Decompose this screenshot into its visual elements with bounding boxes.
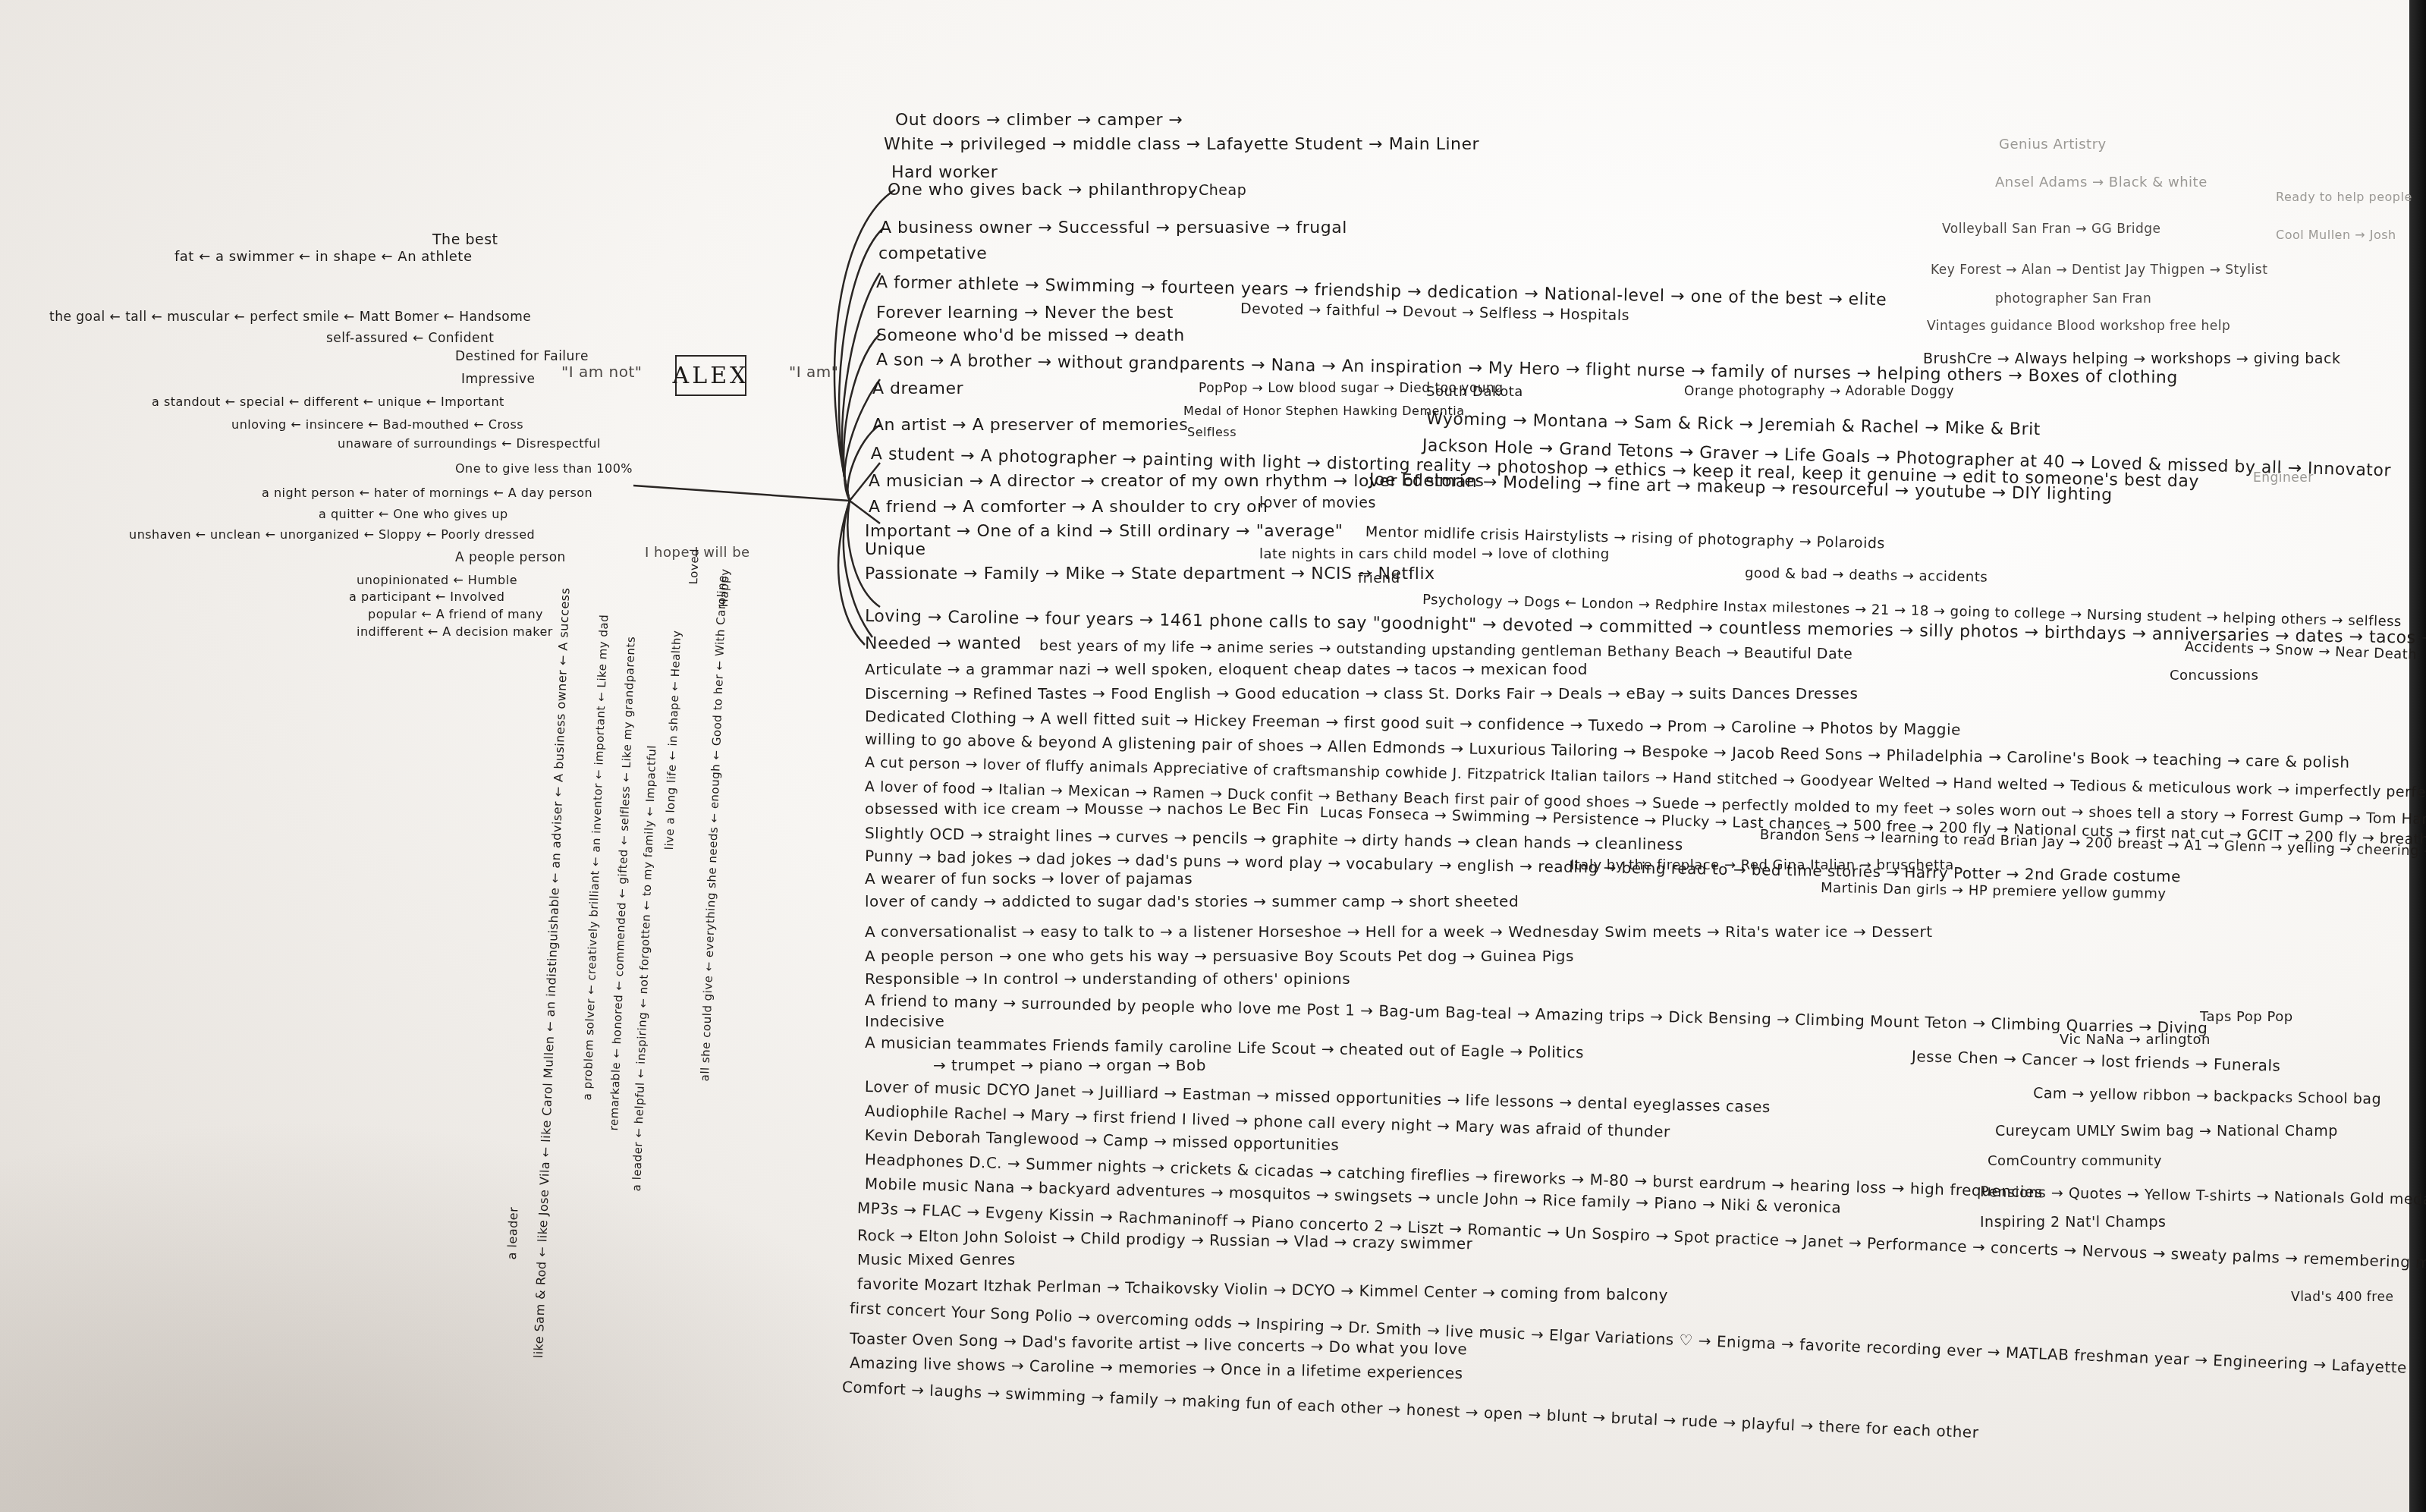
main-node: Articulate → a grammar nazi → well spoke…	[865, 660, 1588, 678]
main-node: → trumpet → piano → organ → Bob	[933, 1056, 1206, 1074]
left-node: a quitter ← One who gives up	[319, 507, 508, 521]
main-node: South Dakota	[1426, 384, 1523, 400]
right-node: Key Forest → Alan → Dentist Jay Thigpen …	[1931, 262, 2267, 278]
right-node: Cureycam UMLY Swim bag → National Champ	[1995, 1123, 2338, 1140]
main-node: lover of movies	[1259, 495, 1376, 511]
right-node: Cool Mullen → Josh	[2276, 228, 2396, 242]
right-node: Taps Pop Pop	[2200, 1009, 2293, 1025]
i-am-label: "I am"	[789, 363, 838, 381]
hope-node: Happy	[717, 568, 732, 608]
main-node: Medal of Honor Stephen Hawking Dementia	[1183, 404, 1464, 418]
hope-node: a leader ← helpful ← inspiring ← not for…	[630, 745, 659, 1192]
main-node: A wearer of fun socks → lover of pajamas	[865, 869, 1193, 888]
paper-edge-shadow	[2409, 0, 2426, 1512]
main-node: A dreamer	[872, 379, 963, 398]
left-node: One to give less than 100%	[455, 461, 633, 476]
hope-node: live a long life ← in shape ← Healthy	[662, 630, 683, 850]
main-node: Needed → wanted	[865, 634, 1021, 653]
main-node: competative	[878, 244, 987, 263]
left-node: The best	[432, 231, 498, 248]
center-node: ALEX	[675, 355, 746, 396]
main-node: An artist → A preserver of memories	[872, 416, 1188, 435]
left-node: indifferent ← A decision maker	[357, 624, 553, 639]
main-node: One who gives back → philanthropy	[888, 181, 1199, 200]
main-node: Comfort → laughs → swimming → family → m…	[842, 1378, 1979, 1441]
main-node: favorite Mozart Itzhak Perlman → Tchaiko…	[857, 1275, 1668, 1304]
photo-shadow	[0, 1117, 986, 1512]
hope-node: remarkable ← honored ← commended ← gifte…	[607, 637, 638, 1131]
main-node: White → privileged → middle class → Lafa…	[884, 135, 1479, 154]
main-node: lover of candy → addicted to sugar dad's…	[865, 892, 1519, 910]
main-node: obsessed with ice cream → Mousse → nacho…	[865, 800, 1309, 818]
left-node: a participant ← Involved	[349, 589, 504, 604]
left-node: popular ← A friend of many	[368, 607, 543, 621]
left-node: A people person	[455, 550, 566, 565]
left-node: Impressive	[461, 372, 535, 387]
main-node: late nights in cars child model → love o…	[1259, 546, 1610, 562]
main-node: Concussions	[2170, 668, 2258, 684]
left-node: unaware of surroundings ← Disrespectful	[338, 436, 601, 451]
main-node: Forever learning → Never the best	[876, 303, 1174, 322]
hope-node: all she could give ← everything she need…	[698, 575, 729, 1082]
hope-node: like Sam & Rod ← like Jose Vila ← like C…	[531, 587, 572, 1358]
main-node: Someone who'd be missed → death	[876, 326, 1185, 345]
hope-node: Loved	[687, 549, 702, 585]
i-am-not-label: "I am not"	[561, 363, 643, 381]
main-node: Italy by the fireplace → Red Gina Italia…	[1570, 857, 1954, 873]
main-node: Jesse Chen → Cancer → lost friends → Fun…	[1912, 1047, 2281, 1075]
right-node: photographer San Fran	[1995, 291, 2151, 306]
main-node: good & bad → deaths → accidents	[1745, 565, 1988, 586]
left-node: a standout ← special ← different ← uniqu…	[152, 395, 504, 409]
hope-node: a leader	[504, 1206, 520, 1259]
right-node: Volleyball San Fran → GG Bridge	[1942, 222, 2161, 237]
right-node: Ready to help people	[2276, 190, 2412, 204]
hope-node: a problem solver ← creatively brilliant …	[580, 615, 611, 1101]
left-node: unloving ← insincere ← Bad-mouthed ← Cro…	[231, 417, 523, 432]
right-node: ComCountry community	[1988, 1153, 2162, 1169]
main-node: Discerning → Refined Tastes → Food Engli…	[865, 684, 1858, 703]
main-node: friend	[1358, 571, 1400, 586]
main-node: Amazing live shows → Caroline → memories…	[850, 1353, 1463, 1382]
left-node: the goal ← tall ← muscular ← perfect smi…	[49, 310, 531, 325]
right-node: Cam → yellow ribbon → backpacks School b…	[2033, 1085, 2381, 1108]
main-node: best years of my life → anime series → o…	[1039, 637, 1853, 662]
main-node: Responsible → In control → understanding…	[865, 970, 1350, 988]
main-node: Wyoming → Montana → Sam & Rick → Jeremia…	[1426, 410, 2041, 439]
right-node: Engineer	[2253, 470, 2314, 486]
left-node: unshaven ← unclean ← unorganized ← Slopp…	[129, 527, 535, 542]
main-node: A conversationalist → easy to talk to → …	[865, 923, 1932, 941]
left-node: a night person ← hater of mornings ← A d…	[262, 486, 592, 500]
main-node: Music Mixed Genres	[857, 1250, 1016, 1268]
center-label: ALEX	[673, 363, 749, 389]
main-node: Out doors → climber → camper →	[895, 111, 1183, 130]
main-node: A friend to many → surrounded by people …	[865, 991, 2208, 1037]
right-node: Genius Artistry	[1999, 137, 2107, 152]
main-node: Important → One of a kind → Still ordina…	[865, 522, 1343, 541]
right-node: Vintages guidance Blood workshop free he…	[1927, 319, 2230, 334]
main-node: A friend → A comforter → A shoulder to c…	[869, 498, 1268, 517]
left-node: Destined for Failure	[455, 349, 589, 364]
right-node: Vic NaNa → arlington	[2060, 1032, 2211, 1048]
main-node: Indecisive	[865, 1012, 944, 1030]
right-node: Ansel Adams → Black & white	[1995, 174, 2208, 190]
main-node: Orange photography → Adorable Doggy	[1684, 384, 1954, 399]
main-node: A people person → one who gets his way →…	[865, 947, 1574, 965]
main-node: Cheap	[1199, 182, 1246, 199]
right-node: BrushCre → Always helping → workshops → …	[1923, 350, 2340, 367]
left-node: fat ← a swimmer ← in shape ← An athlete	[174, 249, 473, 265]
right-node: Pensions → Quotes → Yellow T-shirts → Na…	[1980, 1184, 2426, 1209]
main-node: Hard worker	[891, 163, 998, 182]
main-node: Selfless	[1187, 425, 1237, 439]
right-node: Vlad's 400 free	[2291, 1290, 2393, 1305]
main-node: Unique	[865, 540, 926, 559]
left-node: self-assured ← Confident	[326, 331, 495, 346]
main-node: Passionate → Family → Mike → State depar…	[865, 564, 1435, 583]
right-node: Inspiring 2 Nat'l Champs	[1980, 1214, 2167, 1231]
main-node: A business owner → Successful → persuasi…	[880, 218, 1347, 237]
left-node: unopinionated ← Humble	[357, 573, 517, 587]
